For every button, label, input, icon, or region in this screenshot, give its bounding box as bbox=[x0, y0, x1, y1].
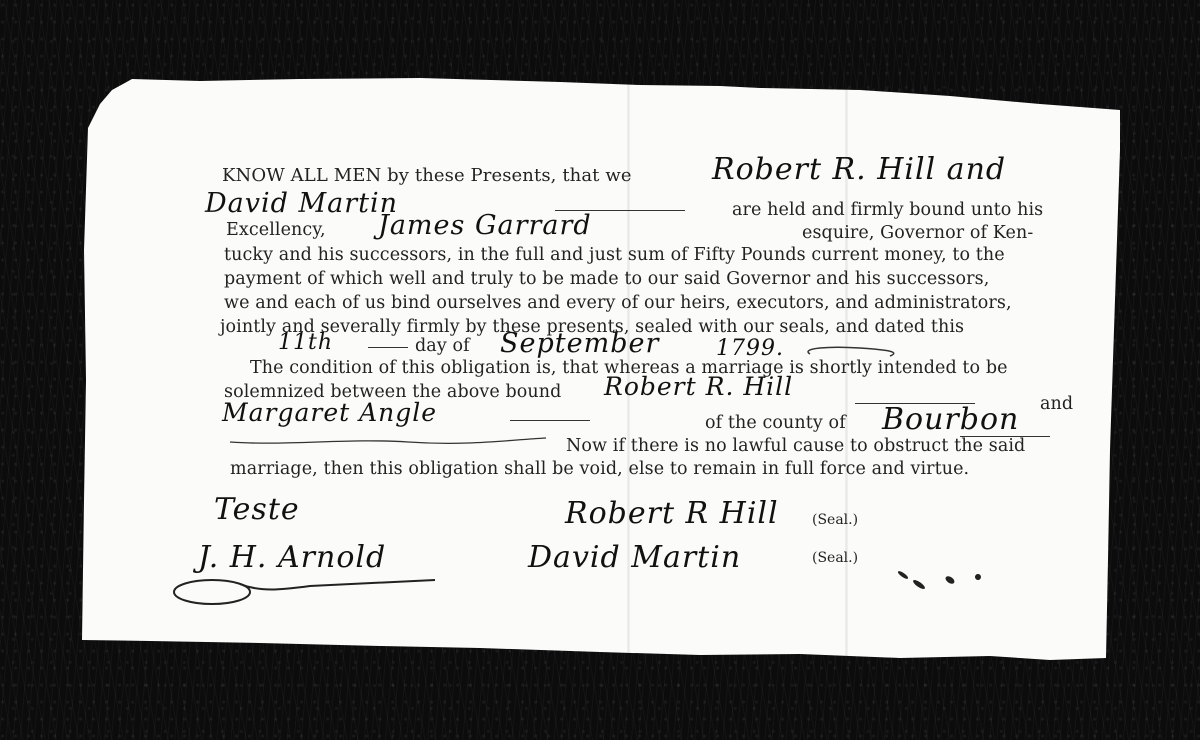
handwritten-county: Bourbon bbox=[882, 402, 1019, 437]
fill-rule bbox=[510, 420, 590, 421]
witness-flourish bbox=[170, 570, 440, 610]
printed-line-3: Excellency, bbox=[226, 220, 326, 240]
handwritten-day: 11th bbox=[278, 330, 333, 355]
printed-line-14: Now if there is no lawful cause to obstr… bbox=[566, 436, 1025, 456]
printed-line-12: and bbox=[1040, 394, 1073, 414]
flourish-stroke bbox=[800, 340, 900, 360]
handwritten-groom: Robert R. Hill bbox=[604, 372, 793, 401]
printed-line-4: esquire, Governor of Ken- bbox=[802, 223, 1033, 243]
seal-label-2: (Seal.) bbox=[812, 550, 858, 566]
signature-robert-hill: Robert R Hill bbox=[565, 496, 779, 531]
flourish-stroke bbox=[228, 430, 548, 450]
handwritten-bride: Margaret Angle bbox=[222, 398, 437, 427]
printed-line-15: marriage, then this obligation shall be … bbox=[230, 459, 969, 479]
printed-line-6: payment of which well and truly to be ma… bbox=[224, 269, 989, 289]
printed-line-1: KNOW ALL MEN by these Presents, that we bbox=[222, 165, 632, 186]
printed-line-2: are held and firmly bound unto his bbox=[732, 200, 1043, 220]
printed-line-9: day of bbox=[415, 336, 470, 356]
printed-line-5: tucky and his successors, in the full an… bbox=[224, 245, 1005, 265]
handwritten-governor: James Garrard bbox=[378, 210, 592, 241]
printed-line-7: we and each of us bind ourselves and eve… bbox=[224, 293, 1012, 313]
fill-rule bbox=[368, 347, 408, 348]
handwritten-principal-1: Robert R. Hill and bbox=[712, 152, 1006, 187]
handwritten-principal-2: David Martin bbox=[205, 188, 398, 219]
printed-line-13: of the county of bbox=[705, 413, 846, 433]
handwritten-month: September bbox=[500, 328, 659, 359]
signature-david-martin: David Martin bbox=[528, 540, 741, 575]
handwritten-witness-label: Teste bbox=[214, 492, 300, 527]
seal-label-1: (Seal.) bbox=[812, 512, 858, 528]
